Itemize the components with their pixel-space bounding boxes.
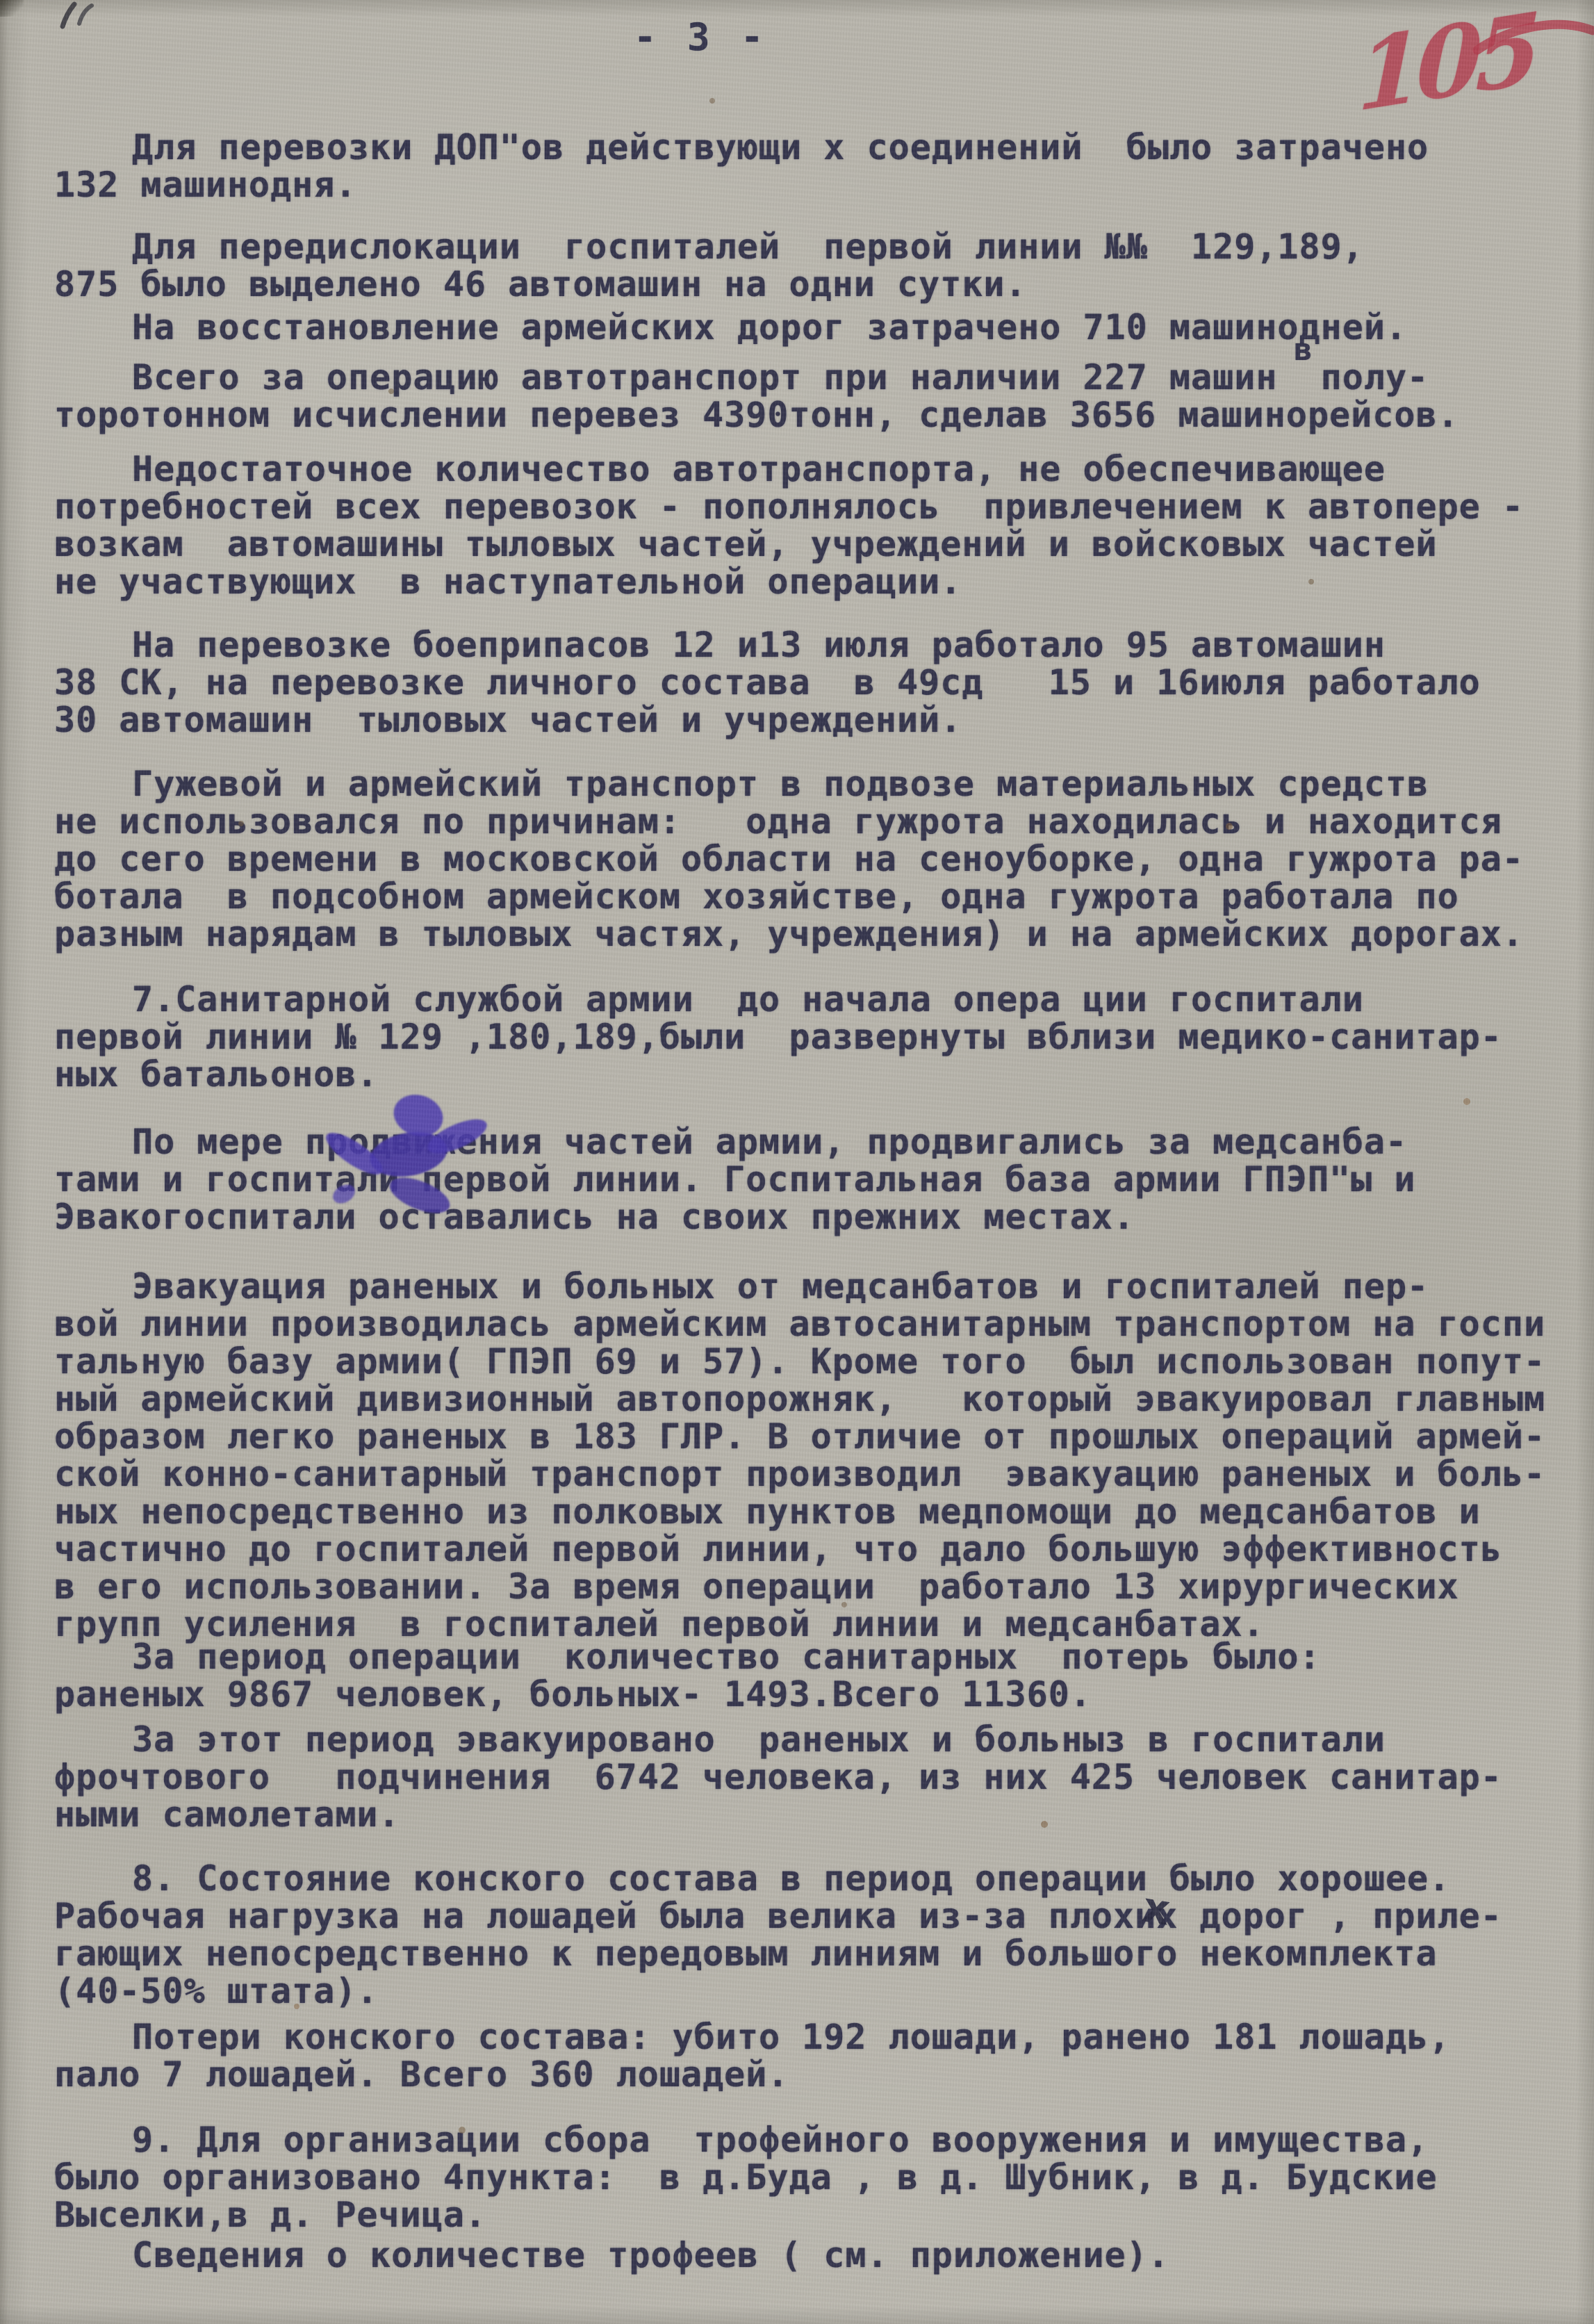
text-line: Потери конского состава: убито 192 лошад… bbox=[54, 2018, 1566, 2056]
text-line: На перевозке боеприпасов 12 и13 июля раб… bbox=[54, 626, 1566, 664]
text-line: первой линии № 129 ,180,189,были разверн… bbox=[54, 1018, 1566, 1056]
text-line: Сведения о количестве трофеев ( см. прил… bbox=[54, 2236, 1566, 2274]
paragraph: За этот период эвакуировано раненых и бо… bbox=[54, 1721, 1566, 1833]
text-line: тами и госпитали первой линии. Госпиталь… bbox=[54, 1161, 1566, 1198]
text-line: ными самолетами. bbox=[54, 1796, 1566, 1833]
text-line: Гужевой и армейский транспорт в подвозе … bbox=[54, 765, 1566, 803]
text-line: ных непосредственно из полковых пунктов … bbox=[54, 1493, 1566, 1530]
ink-blot-stain bbox=[327, 1104, 500, 1222]
paragraph: Гужевой и армейский транспорт в подвозе … bbox=[54, 765, 1566, 953]
paragraph: Сведения о количестве трофеев ( см. прил… bbox=[54, 2236, 1566, 2274]
text-line: 7.Санитарной службой армии до начала опе… bbox=[54, 981, 1566, 1018]
text-line: до сего времени в московской области на … bbox=[54, 840, 1566, 878]
text-line: пало 7 лошадей. Всего 360 лошадей. bbox=[54, 2056, 1566, 2093]
text-line: ской конно-санитарный транспорт производ… bbox=[54, 1455, 1566, 1493]
text-line: 132 машинодня. bbox=[54, 166, 1566, 204]
paragraph: На восстановление армейских дорог затрач… bbox=[54, 309, 1566, 346]
text-line: гающих непосредственно к передовым линия… bbox=[54, 1935, 1566, 1972]
document-body: Для перевозки ДОП"ов действующи х соедин… bbox=[0, 0, 1594, 2324]
text-line: вой линии производилась армейским автоса… bbox=[54, 1305, 1566, 1343]
text-line: не участвующих в наступательной операции… bbox=[54, 563, 1566, 600]
text-line: За этот период эвакуировано раненых и бо… bbox=[54, 1721, 1566, 1758]
text-line: Всего за операцию автотранспорт при нали… bbox=[54, 359, 1566, 396]
paragraph: 9. Для организации сбора трофейного воор… bbox=[54, 2121, 1566, 2234]
text-line: частично до госпиталей первой линии, что… bbox=[54, 1530, 1566, 1568]
text-line: не использовался по причинам: одна гужро… bbox=[54, 803, 1566, 840]
paragraph: За период операции количество санитарных… bbox=[54, 1638, 1566, 1713]
text-line: Недостаточное количество автотранспорта,… bbox=[54, 450, 1566, 488]
text-line: возкам автомашины тыловых частей, учрежд… bbox=[54, 525, 1566, 563]
text-line: (40-50% штата). bbox=[54, 1972, 1566, 2010]
text-line: 30 автомашин тыловых частей и учреждений… bbox=[54, 701, 1566, 739]
paragraph: Для перевозки ДОП"ов действующи х соедин… bbox=[54, 129, 1566, 204]
paragraph: Эвакуация раненых и больных от медсанбат… bbox=[54, 1268, 1566, 1643]
text-line: фрочтового подчинения 6742 человека, из … bbox=[54, 1758, 1566, 1796]
text-line: 875 было выделено 46 автомашин на одни с… bbox=[54, 265, 1566, 303]
text-line: Для передислокации госпиталей первой лин… bbox=[54, 228, 1566, 265]
text-line: тальную базу армии( ГПЭП 69 и 57). Кроме… bbox=[54, 1343, 1566, 1380]
text-line: ный армейский дивизионный автопорожняк, … bbox=[54, 1380, 1566, 1418]
typed-insertion-correction: в bbox=[1294, 332, 1313, 368]
paper-specks bbox=[0, 0, 4, 4]
text-line: 9. Для организации сбора трофейного воор… bbox=[54, 2121, 1566, 2159]
text-line: 38 СК, на перевозке личного состава в 49… bbox=[54, 664, 1566, 701]
text-line: Рабочая нагрузка на лошадей была велика … bbox=[54, 1897, 1566, 1935]
corner-pen-marks bbox=[56, 0, 111, 33]
text-line: было организовано 4пункта: в д.Буда , в … bbox=[54, 2159, 1566, 2196]
text-line: потребностей всех перевозок - пополнялос… bbox=[54, 488, 1566, 525]
text-line: образом легко раненых в 183 ГЛР. В отлич… bbox=[54, 1418, 1566, 1455]
text-line: На восстановление армейских дорог затрач… bbox=[54, 309, 1566, 346]
text-line: торотонном исчислении перевез 4390тонн, … bbox=[54, 396, 1566, 434]
paragraph: Для передислокации госпиталей первой лин… bbox=[54, 228, 1566, 303]
paragraph: 7.Санитарной службой армии до начала опе… bbox=[54, 981, 1566, 1093]
text-line: раненых 9867 человек, больных- 1493.Всег… bbox=[54, 1676, 1566, 1713]
paragraph: Недостаточное количество автотранспорта,… bbox=[54, 450, 1566, 600]
text-line: Выселки,в д. Речица. bbox=[54, 2196, 1566, 2234]
paragraph: По мере продвижения частей армии, продви… bbox=[54, 1123, 1566, 1236]
handwritten-flourish-stroke bbox=[1341, 0, 1594, 118]
scanned-page: - 3 - 105 Для перевозки ДОП"ов действующ… bbox=[0, 0, 1594, 2324]
paragraph: Потери конского состава: убито 192 лошад… bbox=[54, 2018, 1566, 2093]
text-line: По мере продвижения частей армии, продви… bbox=[54, 1123, 1566, 1161]
text-line: 8. Состояние конского состава в период о… bbox=[54, 1860, 1566, 1897]
text-line: в его использовании. За время операции р… bbox=[54, 1568, 1566, 1605]
paragraph: Всего за операцию автотранспорт при нали… bbox=[54, 359, 1566, 434]
text-line: разным нарядам в тыловых частях, учрежде… bbox=[54, 915, 1566, 953]
text-line: Эвакуация раненых и больных от медсанбат… bbox=[54, 1268, 1566, 1305]
paragraph: 8. Состояние конского состава в период о… bbox=[54, 1860, 1566, 2010]
text-line: Эвакогоспитали оставались на своих прежн… bbox=[54, 1198, 1566, 1236]
text-line: ных батальонов. bbox=[54, 1056, 1566, 1093]
paragraph: На перевозке боеприпасов 12 и13 июля раб… bbox=[54, 626, 1566, 739]
text-line: Для перевозки ДОП"ов действующи х соедин… bbox=[54, 129, 1566, 166]
text-line: ботала в подсобном армейском хозяйстве, … bbox=[54, 878, 1566, 915]
text-line: За период операции количество санитарных… bbox=[54, 1638, 1566, 1676]
